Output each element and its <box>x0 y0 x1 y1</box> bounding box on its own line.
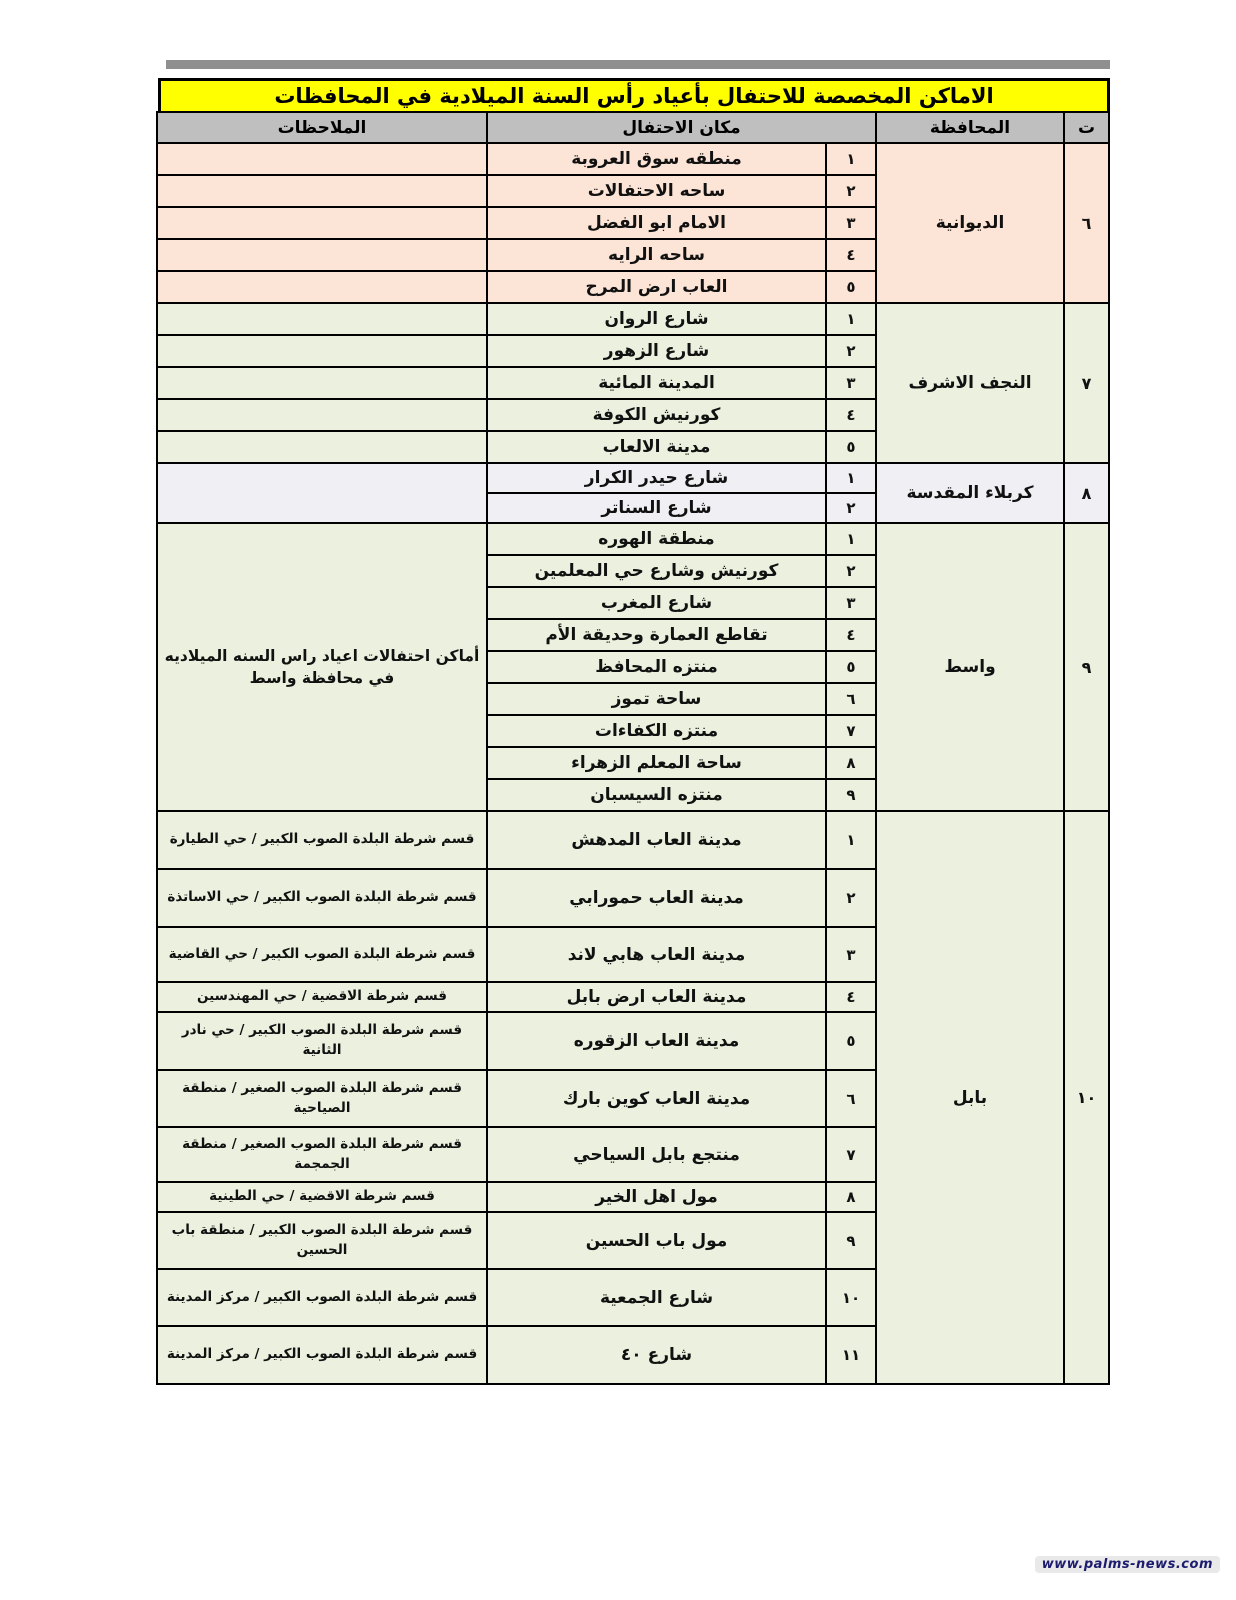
place-cell: شارع المغرب <box>487 587 826 619</box>
table-body: ٦الديوانية١منطقه سوق العروبة٢ساحه الاحتف… <box>157 143 1109 1384</box>
row-number-cell: ٦ <box>826 683 876 715</box>
place-cell: كورنيش الكوفة <box>487 399 826 431</box>
row-number-cell: ٩ <box>826 779 876 811</box>
row-number-cell: ٢ <box>826 493 876 523</box>
table-row: ٧النجف الاشرف١شارع الروان <box>157 303 1109 335</box>
governorate-cell: واسط <box>876 523 1064 811</box>
place-cell: شارع الجمعية <box>487 1269 826 1326</box>
row-number-cell: ٣ <box>826 207 876 239</box>
scan-artifact-strip <box>166 60 1110 69</box>
notes-merged-cell: أماكن احتفالات اعياد راس السنه الميلاديه… <box>157 523 487 811</box>
note-cell <box>157 335 487 367</box>
note-cell: قسم شرطة الاقضية / حي الطينية <box>157 1182 487 1212</box>
note-cell <box>157 143 487 175</box>
note-cell <box>157 239 487 271</box>
note-cell: قسم شرطة البلدة الصوب الكبير / حي القاضي… <box>157 927 487 982</box>
row-number-cell: ٨ <box>826 747 876 779</box>
celebration-places-table: ت المحافظة مكان الاحتفال الملاحظات ٦الدي… <box>156 111 1110 1385</box>
governorate-cell: النجف الاشرف <box>876 303 1064 463</box>
row-number-cell: ١ <box>826 143 876 175</box>
note-cell <box>157 271 487 303</box>
governorate-cell: كربلاء المقدسة <box>876 463 1064 523</box>
row-number-cell: ١ <box>826 463 876 493</box>
place-cell: ساحه الاحتفالات <box>487 175 826 207</box>
row-number-cell: ٥ <box>826 651 876 683</box>
note-cell <box>157 431 487 463</box>
place-cell: مدينة العاب كوين بارك <box>487 1070 826 1127</box>
header-row: ت المحافظة مكان الاحتفال الملاحظات <box>157 112 1109 143</box>
row-number-cell: ٢ <box>826 555 876 587</box>
table-row: ١٠بابل١مدينة العاب المدهشقسم شرطة البلدة… <box>157 811 1109 869</box>
note-cell <box>157 399 487 431</box>
row-number-cell: ٢ <box>826 335 876 367</box>
notes-merged-cell <box>157 463 487 523</box>
note-cell: قسم شرطة البلدة الصوب الكبير / حي نادر ا… <box>157 1012 487 1070</box>
header-governorate: المحافظة <box>876 112 1064 143</box>
place-cell: منتجع بابل السياحي <box>487 1127 826 1182</box>
place-cell: مول باب الحسين <box>487 1212 826 1269</box>
note-cell: قسم شرطة الاقضية / حي المهندسين <box>157 982 487 1012</box>
place-cell: منتزه الكفاءات <box>487 715 826 747</box>
serial-cell: ٧ <box>1064 303 1109 463</box>
table-row: ٩واسط١منطقة الهورهأماكن احتفالات اعياد ر… <box>157 523 1109 555</box>
place-cell: منطقه سوق العروبة <box>487 143 826 175</box>
place-cell: شارع حيدر الكرار <box>487 463 826 493</box>
place-cell: مدينة الالعاب <box>487 431 826 463</box>
row-number-cell: ١ <box>826 523 876 555</box>
row-number-cell: ٥ <box>826 1012 876 1070</box>
note-cell <box>157 367 487 399</box>
page-title: الاماكن المخصصة للاحتفال بأعياد رأس السن… <box>158 78 1110 114</box>
note-cell: قسم شرطة البلدة الصوب الصغير / منطقة الج… <box>157 1127 487 1182</box>
row-number-cell: ٥ <box>826 431 876 463</box>
row-number-cell: ٢ <box>826 175 876 207</box>
row-number-cell: ١١ <box>826 1326 876 1384</box>
place-cell: شارع ٤٠ <box>487 1326 826 1384</box>
place-cell: شارع السناتر <box>487 493 826 523</box>
note-cell <box>157 175 487 207</box>
note-cell: قسم شرطة البلدة الصوب الكبير / مركز المد… <box>157 1269 487 1326</box>
note-cell: قسم شرطة البلدة الصوب الصغير / منطقة الص… <box>157 1070 487 1127</box>
place-cell: الامام ابو الفضل <box>487 207 826 239</box>
row-number-cell: ٣ <box>826 927 876 982</box>
row-number-cell: ٦ <box>826 1070 876 1127</box>
note-cell: قسم شرطة البلدة الصوب الكبير / مركز المد… <box>157 1326 487 1384</box>
site-watermark: www.palms-news.com <box>1035 1556 1220 1573</box>
place-cell: منتزه السيسبان <box>487 779 826 811</box>
place-cell: مدينة العاب المدهش <box>487 811 826 869</box>
governorate-cell: بابل <box>876 811 1064 1384</box>
place-cell: مول اهل الخير <box>487 1182 826 1212</box>
place-cell: العاب ارض المرح <box>487 271 826 303</box>
place-cell: منتزه المحافظ <box>487 651 826 683</box>
header-place: مكان الاحتفال <box>487 112 876 143</box>
row-number-cell: ٤ <box>826 619 876 651</box>
place-cell: شارع الزهور <box>487 335 826 367</box>
place-cell: شارع الروان <box>487 303 826 335</box>
row-number-cell: ٤ <box>826 239 876 271</box>
note-cell: قسم شرطة البلدة الصوب الكبير / منطقة باب… <box>157 1212 487 1269</box>
row-number-cell: ٩ <box>826 1212 876 1269</box>
place-cell: مدينة العاب ارض بابل <box>487 982 826 1012</box>
row-number-cell: ١٠ <box>826 1269 876 1326</box>
place-cell: المدينة المائية <box>487 367 826 399</box>
place-cell: تقاطع العمارة وحديقة الأم <box>487 619 826 651</box>
place-cell: ساحة تموز <box>487 683 826 715</box>
table-row: ٨كربلاء المقدسة١شارع حيدر الكرار <box>157 463 1109 493</box>
table-row: ٦الديوانية١منطقه سوق العروبة <box>157 143 1109 175</box>
row-number-cell: ٧ <box>826 715 876 747</box>
note-cell: قسم شرطة البلدة الصوب الكبير / حي الطيار… <box>157 811 487 869</box>
row-number-cell: ٤ <box>826 399 876 431</box>
serial-cell: ٦ <box>1064 143 1109 303</box>
serial-cell: ٨ <box>1064 463 1109 523</box>
serial-cell: ١٠ <box>1064 811 1109 1384</box>
place-cell: منطقة الهوره <box>487 523 826 555</box>
place-cell: مدينة العاب هابي لاند <box>487 927 826 982</box>
governorate-cell: الديوانية <box>876 143 1064 303</box>
row-number-cell: ٨ <box>826 1182 876 1212</box>
serial-cell: ٩ <box>1064 523 1109 811</box>
row-number-cell: ٣ <box>826 587 876 619</box>
place-cell: مدينة العاب الزقوره <box>487 1012 826 1070</box>
place-cell: مدينة العاب حمورابي <box>487 869 826 927</box>
row-number-cell: ٥ <box>826 271 876 303</box>
header-serial: ت <box>1064 112 1109 143</box>
note-cell: قسم شرطة البلدة الصوب الكبير / حي الاسات… <box>157 869 487 927</box>
row-number-cell: ٢ <box>826 869 876 927</box>
header-notes: الملاحظات <box>157 112 487 143</box>
place-cell: ساحة المعلم الزهراء <box>487 747 826 779</box>
note-cell <box>157 303 487 335</box>
place-cell: كورنيش وشارع حي المعلمين <box>487 555 826 587</box>
row-number-cell: ٤ <box>826 982 876 1012</box>
place-cell: ساحه الرايه <box>487 239 826 271</box>
row-number-cell: ١ <box>826 811 876 869</box>
row-number-cell: ٣ <box>826 367 876 399</box>
row-number-cell: ٧ <box>826 1127 876 1182</box>
row-number-cell: ١ <box>826 303 876 335</box>
document-sheet: الاماكن المخصصة للاحتفال بأعياد رأس السن… <box>158 78 1110 1385</box>
note-cell <box>157 207 487 239</box>
